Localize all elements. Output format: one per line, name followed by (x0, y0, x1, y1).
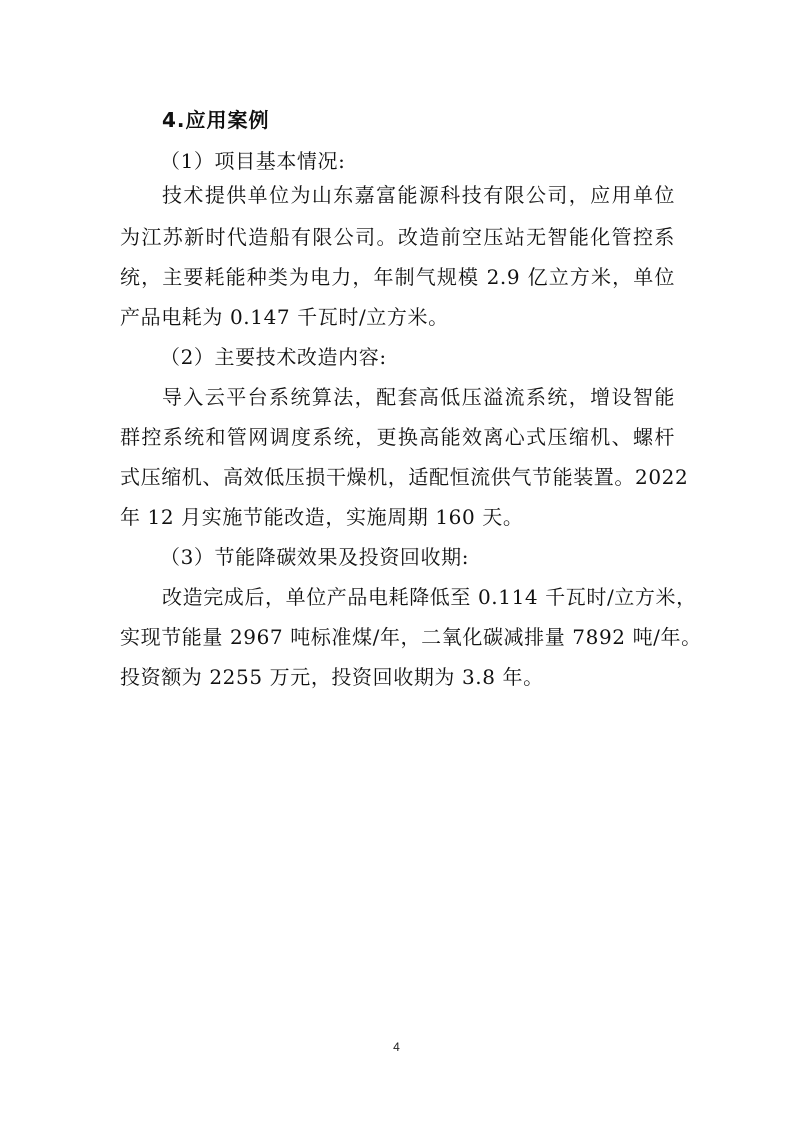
paragraph-line: 统，主要耗能种类为电力，年制气规模 2.9 亿立方米，单位 (120, 265, 675, 289)
paragraph-line: 年 12 月实施节能改造，实施周期 160 天。 (120, 505, 523, 529)
subsection-heading-3: （3）节能降碳效果及投资回收期: (160, 545, 469, 569)
page-number: 4 (0, 1040, 793, 1054)
subsection-heading-2: （2）主要技术改造内容: (160, 345, 387, 369)
paragraph-line: 投资额为 2255 万元，投资回收期为 3.8 年。 (120, 665, 544, 689)
document-page: 4.应用案例 （1）项目基本情况: 技术提供单位为山东嘉富能源科技有限公司，应用… (0, 0, 793, 1123)
paragraph-line: 为江苏新时代造船有限公司。改造前空压站无智能化管控系 (120, 225, 675, 249)
subsection-heading-1: （1）项目基本情况: (160, 149, 345, 173)
paragraph-line: 改造完成后，单位产品电耗降低至 0.114 千瓦时/立方米， (162, 585, 675, 609)
paragraph-line: 产品电耗为 0.147 千瓦时/立方米。 (120, 305, 449, 329)
paragraph-line: 群控系统和管网调度系统，更换高能效离心式压缩机、螺杆 (120, 425, 675, 449)
paragraph-line: 导入云平台系统算法，配套高低压溢流系统，增设智能 (162, 385, 675, 409)
paragraph-line: 式压缩机、高效低压损干燥机，适配恒流供气节能装置。2022 (120, 465, 675, 489)
section-title: 4.应用案例 (162, 108, 270, 132)
paragraph-line: 技术提供单位为山东嘉富能源科技有限公司，应用单位 (162, 183, 675, 207)
paragraph-line: 实现节能量 2967 吨标准煤/年，二氧化碳减排量 7892 吨/年。 (120, 625, 675, 649)
